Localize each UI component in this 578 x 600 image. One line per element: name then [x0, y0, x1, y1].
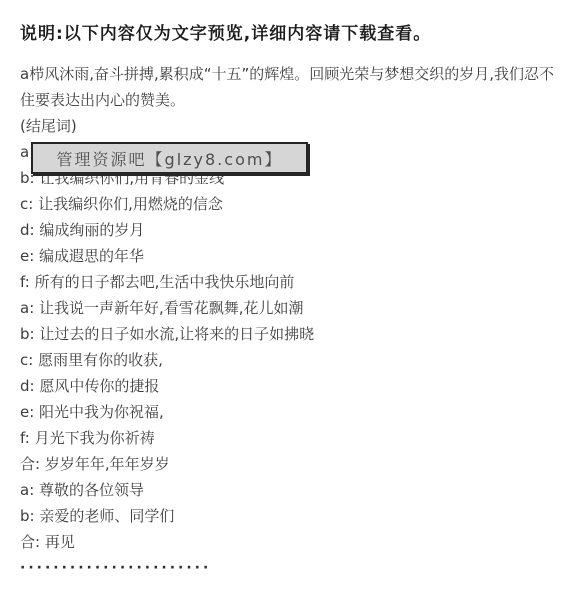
script-line: a: 让我说一声新年好,看雪花飘舞,花儿如潮 [20, 295, 565, 321]
script-line: f: 月光下我为你祈祷 [20, 425, 565, 451]
script-line: c: 让我编织你们,用燃烧的信念 [20, 191, 565, 217]
script-line: f: 所有的日子都去吧,生活中我快乐地向前 [20, 269, 565, 295]
script-line: (结尾词) [20, 113, 565, 139]
script-line: e: 编成遐思的年华 [20, 243, 565, 269]
page-root: { "document": { "notice": "说明:以下内容仅为文字预览… [0, 0, 578, 600]
script-line: d: 编成绚丽的岁月 [20, 217, 565, 243]
script-line: b: 亲爱的老师、同学们 [20, 503, 565, 529]
script-line: d: 愿风中传你的捷报 [20, 373, 565, 399]
site-watermark-box: 管理资源吧【glzy8.com】 [31, 142, 308, 174]
script-line: c: 愿雨里有你的收获, [20, 347, 565, 373]
body-paragraph: a栉风沐雨,奋斗拼搏,累积成“十五”的辉煌。回顾光荣与梦想交织的岁月,我们忍不住… [20, 61, 565, 113]
document-body: a栉风沐雨,奋斗拼搏,累积成“十五”的辉煌。回顾光荣与梦想交织的岁月,我们忍不住… [20, 61, 565, 581]
script-line: b: 让过去的日子如水流,让将来的日子如拂晓 [20, 321, 565, 347]
preview-notice: 说明:以下内容仅为文字预览,详细内容请下载查看。 [20, 19, 578, 44]
ellipsis-row: ······················· [20, 555, 565, 581]
script-line: 合: 再见 [20, 529, 565, 555]
script-line: a: 尊敬的各位领导 [20, 477, 565, 503]
script-line: e: 阳光中我为你祝福, [20, 399, 565, 425]
site-watermark-label: 管理资源吧【glzy8.com】 [57, 147, 283, 170]
script-line: 合: 岁岁年年,年年岁岁 [20, 451, 565, 477]
